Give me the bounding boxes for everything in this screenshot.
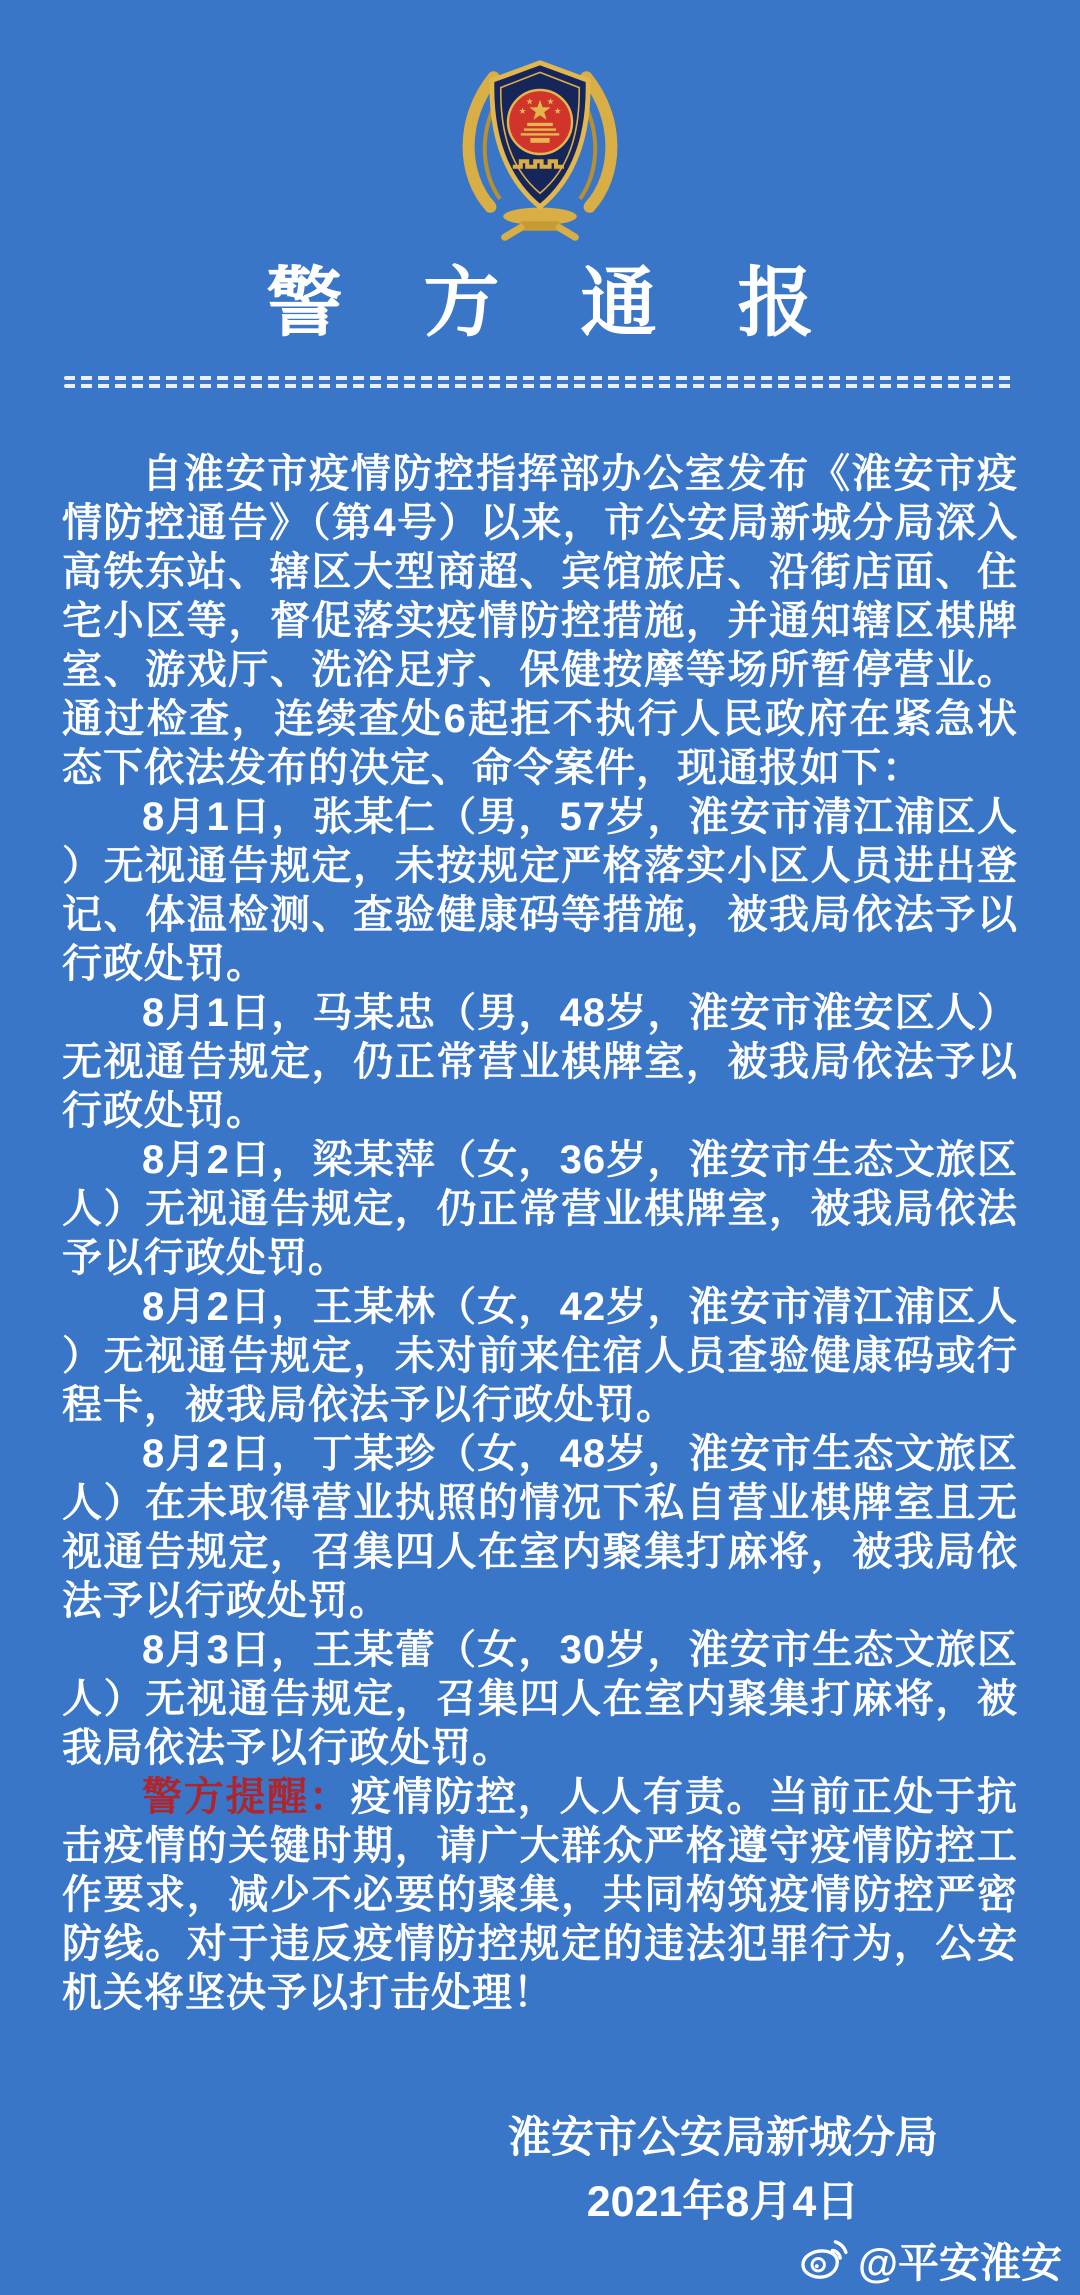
svg-text:★: ★ [546, 96, 554, 106]
separator-line-bottom [64, 384, 1016, 388]
svg-text:★: ★ [526, 96, 534, 106]
paragraph-case-6: 8月3日，王某蕾（女，30岁，淮安市生态文旅区人）无视通告规定，召集四人在室内聚… [62, 1626, 1018, 1773]
signature-agency: 淮安市公安局新城分局 [508, 2106, 938, 2170]
paragraph-intro: 自淮安市疫情防控指挥部办公室发布《淮安市疫情防控通告》（第4号）以来，市公安局新… [62, 450, 1018, 793]
signature-block: 淮安市公安局新城分局 2021年8月4日 [508, 2106, 938, 2234]
police-badge-icon: ★ ★ ★ ★ [450, 42, 630, 242]
signature-row: 淮安市公安局新城分局 2021年8月4日 [0, 2106, 1080, 2234]
weibo-watermark: @平安淮安 [798, 2230, 1062, 2289]
svg-text:★: ★ [518, 106, 526, 116]
paragraph-case-3: 8月2日，梁某萍（女，36岁，淮安市生态文旅区人）无视通告规定，仍正常营业棋牌室… [62, 1136, 1018, 1283]
police-notice-poster: ★ ★ ★ ★ 警 方 通 报 自淮安市疫情防控指挥部办公室发布《淮安市疫情防控… [0, 42, 1080, 2234]
reminder-label: 警方提醒： [142, 1775, 351, 1819]
dashed-separator [64, 376, 1016, 388]
weibo-icon [798, 2239, 848, 2281]
separator-line-top [64, 376, 1016, 380]
signature-date: 2021年8月4日 [508, 2170, 938, 2234]
paragraph-case-2: 8月1日，马某忠（男，48岁，淮安市淮安区人）无视通告规定，仍正常营业棋牌室，被… [62, 989, 1018, 1136]
watermark-handle: @平安淮安 [858, 2230, 1062, 2289]
svg-text:★: ★ [554, 106, 562, 116]
paragraph-case-5: 8月2日，丁某珍（女，48岁，淮安市生态文旅区人）在未取得营业执照的情况下私自营… [62, 1430, 1018, 1626]
paragraph-case-1: 8月1日，张某仁（男，57岁，淮安市清江浦区人）无视通告规定，未按规定严格落实小… [62, 793, 1018, 989]
paragraph-case-4: 8月2日，王某林（女，42岁，淮安市清江浦区人）无视通告规定，未对前来住宿人员查… [62, 1283, 1018, 1430]
police-badge-emblem: ★ ★ ★ ★ [450, 42, 630, 242]
paragraph-reminder: 警方提醒：疫情防控，人人有责。当前正处于抗击疫情的关键时期，请广大群众严格遵守疫… [62, 1773, 1018, 2018]
notice-title: 警 方 通 报 [0, 260, 1080, 348]
notice-body: 自淮安市疫情防控指挥部办公室发布《淮安市疫情防控通告》（第4号）以来，市公安局新… [62, 450, 1018, 2018]
